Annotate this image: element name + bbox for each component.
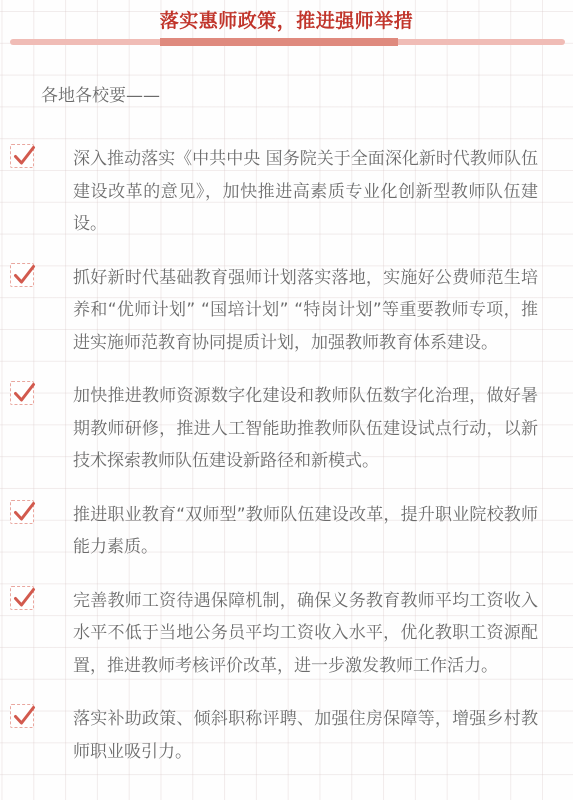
item-text: 加快推进教师资源数字化建设和教师队伍数字化治理，做好暑期教师研修，推进人工智能助… (73, 380, 538, 478)
list-item: 加快推进教师资源数字化建设和教师队伍数字化治理，做好暑期教师研修，推进人工智能助… (0, 380, 573, 478)
list-item: 深入推动落实《中共中央 国务院关于全面深化新时代教师队伍建设改革的意见》，加快推… (0, 143, 573, 241)
checkbox-checked-icon (10, 144, 34, 168)
item-text: 抓好新时代基础教育强师计划落实落地，实施好公费师范生培养和“优师计划” “国培计… (73, 262, 538, 360)
checkbox-checked-icon (10, 381, 34, 405)
list-item: 落实补助政策、倾斜职称评聘、加强住房保障等，增强乡村教师职业吸引力。 (0, 703, 573, 768)
article-page: 落实惠师政策，推进强师举措 各地各校要—— 深入推动落实《中共中央 国务院关于全… (0, 0, 573, 800)
item-text: 完善教师工资待遇保障机制，确保义务教育教师平均工资收入水平不低于当地公务员平均工… (73, 585, 538, 683)
title-underline-divider (10, 39, 565, 45)
page-title: 落实惠师政策，推进强师举措 (0, 0, 573, 32)
item-text: 深入推动落实《中共中央 国务院关于全面深化新时代教师队伍建设改革的意见》，加快推… (73, 143, 538, 241)
list-item: 完善教师工资待遇保障机制，确保义务教育教师平均工资收入水平不低于当地公务员平均工… (0, 585, 573, 683)
list-item: 抓好新时代基础教育强师计划落实落地，实施好公费师范生培养和“优师计划” “国培计… (0, 262, 573, 360)
title-underline-accent (160, 38, 398, 46)
item-text: 推进职业教育“双师型”教师队伍建设改革，提升职业院校教师能力素质。 (73, 499, 538, 564)
list-item: 推进职业教育“双师型”教师队伍建设改革，提升职业院校教师能力素质。 (0, 499, 573, 564)
checkbox-checked-icon (10, 586, 34, 610)
item-text: 落实补助政策、倾斜职称评聘、加强住房保障等，增强乡村教师职业吸引力。 (73, 703, 538, 768)
checkbox-checked-icon (10, 263, 34, 287)
intro-text: 各地各校要—— (41, 85, 573, 107)
checkbox-checked-icon (10, 704, 34, 728)
policy-list: 深入推动落实《中共中央 国务院关于全面深化新时代教师队伍建设改革的意见》，加快推… (0, 143, 573, 768)
checkbox-checked-icon (10, 500, 34, 524)
